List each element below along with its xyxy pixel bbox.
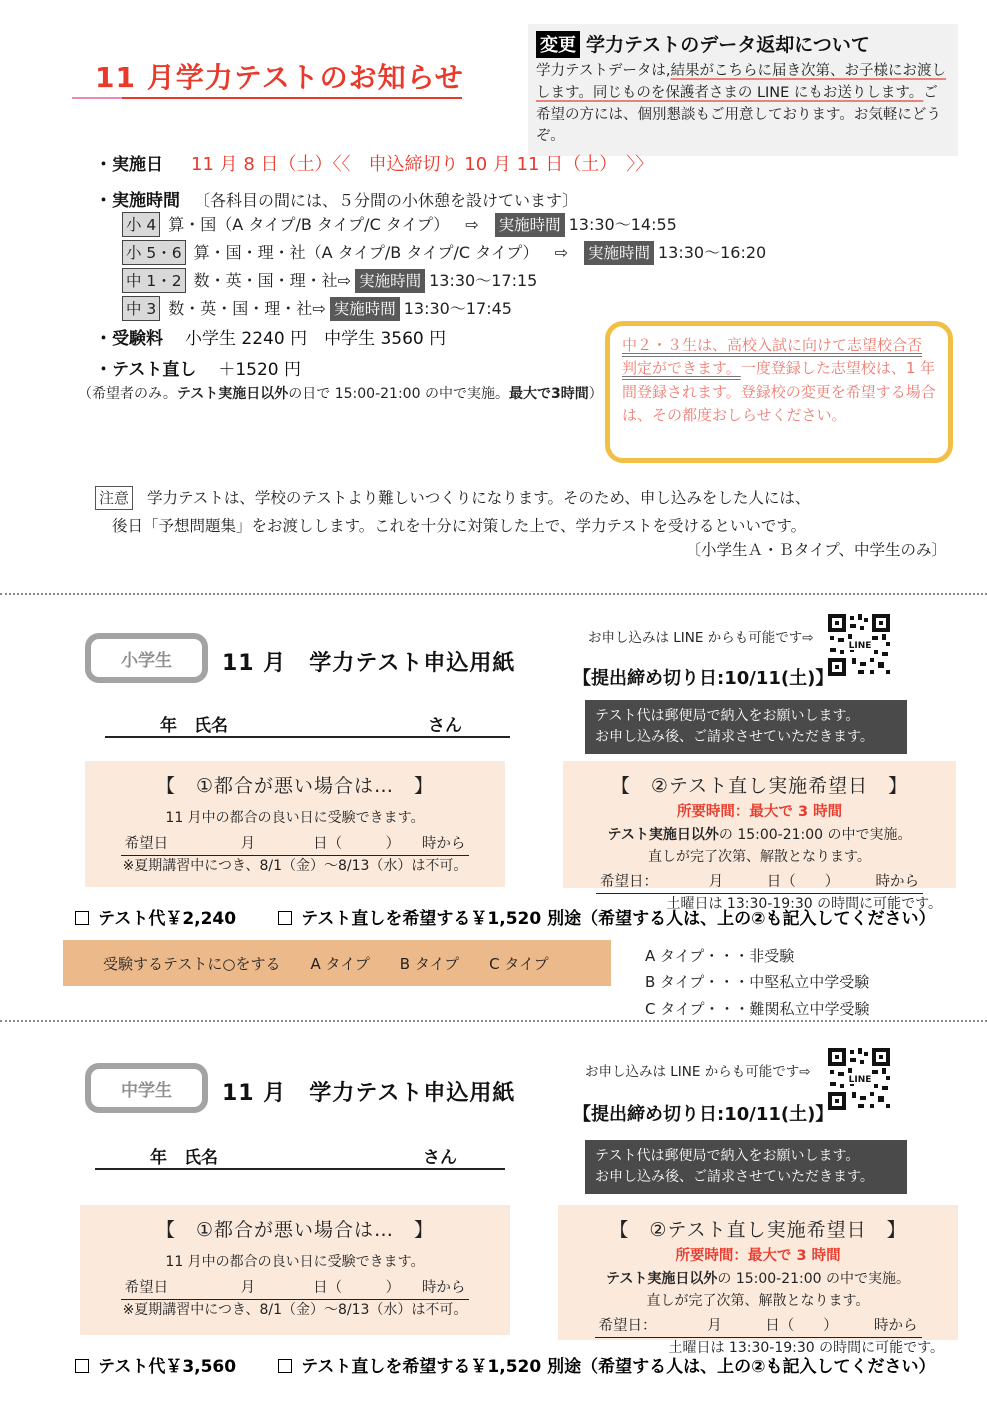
notice-line2: 後日「予想問題集」をお渡しします。これを十分に対策した上で、学力テストを受けると…	[112, 514, 806, 536]
junior-line-note: お申し込みは LINE からも可能です⇨	[585, 1060, 811, 1080]
reschedule-line1: 11 月中の都合の良い日に受験できます。	[93, 808, 497, 830]
reschedule-heading: 【 ①都合が悪い場合は… 】	[88, 1215, 502, 1242]
payment-note-line1: テスト代は郵便局で納入をお願いします。	[595, 1146, 897, 1167]
redo-fee-label: ・テスト直し	[95, 360, 196, 380]
time-e4: 13:30～14:55	[569, 215, 677, 234]
redo-note-pre: （希望者のみ。	[78, 386, 177, 402]
judgement-text: 中２・３生は、高校入試に向けて志望校合否判定ができます。一度登録した志望校は、1…	[622, 334, 936, 427]
redo-duration: 所要時間：最大で 3 時間	[571, 800, 948, 821]
redo-checkbox-label: テスト直しを希望する￥1,520 別途（希望する人は、上の②も記入してください）	[301, 1357, 935, 1377]
exam-date-line: ・実施日11 月 8 日（土）〈〈 申込締切り 10 月 11 日（土） 〉〉	[95, 150, 653, 176]
name-field-label: 年 氏名	[160, 711, 228, 736]
payment-note-line1: テスト代は郵便局で納入をお願いします。	[595, 706, 897, 727]
data-return-notice-box: 変更学力テストのデータ返却について 学力テストデータは,結果がこちらに届き次第、…	[528, 24, 958, 156]
fee-label: ・受験料	[95, 329, 163, 349]
elementary-deadline: 【提出締め切り日:10/11(土)】	[573, 664, 833, 690]
title-underline-accent	[72, 97, 122, 99]
junior-deadline: 【提出締め切り日:10/11(土)】	[573, 1100, 833, 1126]
notice-text1: 学力テストは、学校のテストより難しいつくりになります。そのため、申し込みをした人…	[147, 489, 810, 507]
schedule-row-e56: 小 5・6算・国・理・社（A タイプ/B タイプ/C タイプ）⇨実施時間13:3…	[122, 240, 766, 265]
redo-fee-value: ＋1520 円	[218, 360, 301, 380]
fee-checkbox-label: テスト代￥3,560	[98, 1357, 236, 1377]
junior-payment-note: テスト代は郵便局で納入をお願いします。 お申し込み後、ご請求させていただきます。	[585, 1140, 907, 1194]
elementary-payment-note: テスト代は郵便局で納入をお願いします。 お申し込み後、ご請求させていただきます。	[585, 700, 907, 754]
time-j3: 13:30～17:45	[404, 299, 512, 318]
type-legend-a: A タイプ・・・非受験	[645, 943, 870, 969]
exam-date-label: ・実施日	[95, 155, 163, 175]
schedule-row-j12: 中 1・2数・英・国・理・社⇨実施時間13:30～17:15	[122, 268, 537, 293]
fee-checkbox[interactable]	[75, 1359, 89, 1373]
time-e56: 13:30～16:20	[658, 243, 766, 262]
type-legend-b: B タイプ・・・中堅私立中学受験	[645, 969, 870, 995]
junior-badge: 中学生	[85, 1063, 208, 1113]
redo-wish-field[interactable]: 希望日： 月 日（ ） 時から	[596, 870, 923, 894]
redo-line1: テスト実施日以外の 15:00-21:00 の中で実施。	[566, 1269, 950, 1291]
reschedule-note: ※夏期講習中につき、8/1（金）～8/13（水）は不可。	[93, 856, 497, 878]
payment-note-line2: お申し込み後、ご請求させていただきます。	[595, 727, 897, 748]
notice-line1: 注意学力テストは、学校のテストより難しいつくりになります。そのため、申し込みをし…	[95, 486, 810, 510]
reschedule-note: ※夏期講習中につき、8/1（金）～8/13（水）は不可。	[88, 1300, 502, 1322]
reschedule-wish-field[interactable]: 希望日 月 日（ ） 時から	[121, 832, 470, 856]
schedule-row-j3: 中 3数・英・国・理・社⇨実施時間13:30～17:45	[122, 296, 512, 321]
notice-line3: 〔小学生Ａ・Ｂタイプ、中学生のみ〕	[686, 538, 948, 560]
redo-checkbox[interactable]	[278, 911, 292, 925]
elementary-form-title: 11 月 学力テスト申込用紙	[222, 646, 515, 677]
payment-note-line2: お申し込み後、ご請求させていただきます。	[595, 1167, 897, 1188]
junior-fee-checkline: テスト代￥3,560テスト直しを希望する￥1,520 別途（希望する人は、上の②…	[75, 1352, 936, 1377]
exam-time-note: 〔各科目の間には、５分間の小休憩を設けています〕	[194, 191, 578, 210]
redo-line1-rest: の 15:00-21:00 の中で実施。	[717, 1271, 910, 1287]
elementary-fee-checkline: テスト代￥2,240テスト直しを希望する￥1,520 別途（希望する人は、上の②…	[75, 904, 936, 929]
fee-value: 小学生 2240 円 中学生 3560 円	[185, 329, 446, 349]
qr-line-label: LINE	[849, 641, 872, 651]
reschedule-line1: 11 月中の都合の良い日に受験できます。	[88, 1252, 502, 1274]
fee-line: ・受験料小学生 2240 円 中学生 3560 円	[95, 324, 446, 349]
redo-line2: 直しが完了次第、解散となります。	[566, 1291, 950, 1313]
right-arrow-icon: ⇨	[338, 271, 351, 290]
data-return-heading-text: 学力テストのデータ返却について	[586, 34, 870, 56]
elementary-reschedule-box: 【 ①都合が悪い場合は… 】 11 月中の都合の良い日に受験できます。 希望日 …	[85, 761, 505, 887]
redo-line1-bold: テスト実施日以外	[607, 827, 718, 843]
redo-note-line: （希望者のみ。テスト実施日以外の日で 15:00-21:00 の中で実施。最大で…	[78, 383, 603, 403]
test-type-legend: A タイプ・・・非受験 B タイプ・・・中堅私立中学受験 C タイプ・・・難関私…	[645, 943, 870, 1022]
subjects-e56: 算・国・理・社（A タイプ/B タイプ/C タイプ）	[194, 243, 539, 262]
redo-wish-field[interactable]: 希望日： 月 日（ ） 時から	[595, 1314, 922, 1338]
elementary-badge: 小学生	[85, 633, 208, 683]
subjects-j3: 数・英・国・理・社	[168, 299, 312, 318]
redo-heading: 【 ②テスト直し実施希望日 】	[571, 771, 948, 798]
line-qr-code: LINE	[826, 612, 892, 678]
grade-badge-j12: 中 1・2	[122, 268, 186, 293]
reschedule-wish-field[interactable]: 希望日 月 日（ ） 時から	[121, 1276, 470, 1300]
exam-time-line: ・実施時間〔各科目の間には、５分間の小休憩を設けています〕	[95, 186, 578, 211]
junior-name-field[interactable]: 年 氏名 さん	[95, 1142, 505, 1170]
line-qr-code: LINE	[826, 1046, 892, 1112]
elementary-name-field[interactable]: 年 氏名 さん	[105, 710, 510, 738]
section-divider	[0, 1020, 987, 1022]
right-arrow-icon: ⇨	[465, 215, 478, 234]
time-j12: 13:30～17:15	[429, 271, 537, 290]
redo-note-bold2: 最大で3時間	[509, 386, 589, 402]
flyer-page: 11 月学力テストのお知らせ 変更学力テストのデータ返却について 学力テストデー…	[0, 0, 987, 1423]
elementary-line-note: お申し込みは LINE からも可能です⇨	[588, 626, 814, 646]
qr-line-label: LINE	[849, 1075, 872, 1085]
name-field-suffix: さん	[428, 711, 462, 736]
junior-reschedule-box: 【 ①都合が悪い場合は… 】 11 月中の都合の良い日に受験できます。 希望日 …	[80, 1205, 510, 1335]
fee-checkbox[interactable]	[75, 911, 89, 925]
redo-line1-rest: の 15:00-21:00 の中で実施。	[719, 827, 912, 843]
redo-checkbox[interactable]	[278, 1359, 292, 1373]
right-arrow-icon: ⇨	[555, 243, 568, 262]
redo-line1-bold: テスト実施日以外	[606, 1271, 717, 1287]
name-field-label: 年 氏名	[150, 1143, 218, 1168]
subjects-e4: 算・国（A タイプ/B タイプ/C タイプ）	[168, 215, 449, 234]
test-type-select-bar[interactable]: 受験するテストに○をする A タイプ B タイプ C タイプ	[63, 940, 611, 986]
junior-redo-box: 【 ②テスト直し実施希望日 】 所要時間：最大で 3 時間 テスト実施日以外の …	[558, 1205, 958, 1340]
redo-line2: 直しが完了次第、解散となります。	[571, 847, 948, 869]
redo-heading: 【 ②テスト直し実施希望日 】	[566, 1215, 950, 1242]
name-field-suffix: さん	[423, 1143, 457, 1168]
time-badge-j3: 実施時間	[330, 297, 400, 321]
redo-duration: 所要時間：最大で 3 時間	[566, 1244, 950, 1265]
schedule-row-e4: 小 4算・国（A タイプ/B タイプ/C タイプ）⇨実施時間13:30～14:5…	[122, 212, 677, 237]
judgement-info-box: 中２・３生は、高校入試に向けて志望校合否判定ができます。一度登録した志望校は、1…	[605, 321, 953, 463]
exam-time-label: ・実施時間	[95, 191, 180, 211]
data-return-body-pre: 学力テストデータは,	[536, 63, 671, 79]
time-badge-j12: 実施時間	[355, 269, 425, 293]
fee-checkbox-label: テスト代￥2,240	[98, 909, 236, 929]
title-underline	[72, 97, 462, 99]
redo-checkbox-label: テスト直しを希望する￥1,520 別途（希望する人は、上の②も記入してください）	[301, 909, 935, 929]
grade-badge-e56: 小 5・6	[122, 240, 186, 265]
junior-form-title: 11 月 学力テスト申込用紙	[222, 1076, 515, 1107]
redo-note-post: ）	[589, 386, 603, 402]
grade-badge-j3: 中 3	[122, 296, 160, 321]
elementary-redo-box: 【 ②テスト直し実施希望日 】 所要時間：最大で 3 時間 テスト実施日以外の …	[563, 761, 956, 888]
reschedule-heading: 【 ①都合が悪い場合は… 】	[93, 771, 497, 798]
subjects-j12: 数・英・国・理・社	[194, 271, 338, 290]
data-return-body: 学力テストデータは,結果がこちらに届き次第、お子様にお渡しします。同じものを保護…	[536, 61, 950, 148]
notice-badge: 注意	[95, 486, 133, 510]
right-arrow-icon: ⇨	[312, 299, 325, 318]
exam-date-value: 11 月 8 日（土）〈〈 申込締切り 10 月 11 日（土） 〉〉	[191, 154, 653, 175]
grade-badge-e4: 小 4	[122, 212, 160, 237]
redo-note-mid: の日で 15:00-21:00 の中で実施。	[288, 386, 509, 402]
change-badge: 変更	[536, 31, 580, 58]
redo-line1: テスト実施日以外の 15:00-21:00 の中で実施。	[571, 825, 948, 847]
redo-note-bold1: テスト実施日以外	[177, 386, 288, 402]
redo-fee-line: ・テスト直し＋1520 円	[95, 355, 301, 380]
section-divider	[0, 593, 987, 595]
page-title: 11 月学力テストのお知らせ	[95, 56, 464, 96]
time-badge-e56: 実施時間	[584, 241, 654, 265]
data-return-heading: 変更学力テストのデータ返却について	[536, 30, 950, 58]
type-legend-c: C タイプ・・・難関私立中学受験	[645, 996, 870, 1022]
time-badge-e4: 実施時間	[495, 213, 565, 237]
